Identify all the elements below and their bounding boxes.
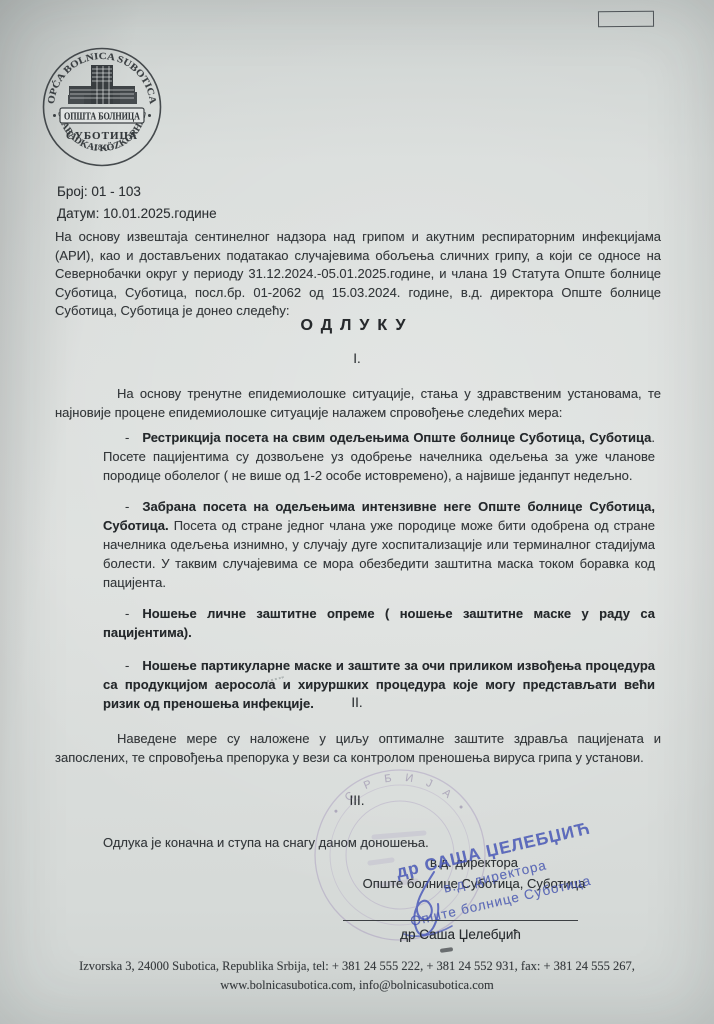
list-item: -Забрана посета на одељењима интензивне … xyxy=(103,497,655,592)
bullet-dash: - xyxy=(125,430,129,445)
signature-role-line2: Опште болнице Суботица, Суботица xyxy=(324,874,624,895)
section-2-paragraph: Наведене мере су наложене у циљу оптимал… xyxy=(55,729,661,767)
logo-banner-text: ОПШТА БОЛНИЦА xyxy=(64,112,141,123)
hospital-logo: OPĆA BOLNICA SUBOTICA SZABADKAI KÖZKÓRHÁ… xyxy=(41,46,163,168)
logo-year-text: ·1841· xyxy=(91,143,112,152)
corner-box xyxy=(598,11,654,27)
bullet-dash: - xyxy=(125,499,129,514)
intro-paragraph: На основу извештаја сентинелног надзора … xyxy=(55,228,661,321)
footer-address-line: Izvorska 3, 24000 Subotica, Republika Sr… xyxy=(0,957,714,976)
logo-city-text: СУБОТИЦА xyxy=(66,130,138,142)
measures-list: -Рестрикција посета на свим одељењима Оп… xyxy=(103,428,655,713)
section-1-label: I. xyxy=(0,351,714,366)
footer-web-line: www.bolnicasubotica.com, info@bolnicasub… xyxy=(0,976,714,995)
bullet-rest-text: Посета од стране једног члана уже породи… xyxy=(103,518,655,590)
list-item: -Ношење личне заштитне опреме ( ношење з… xyxy=(103,604,655,642)
signature-role-line1: в.д. директора xyxy=(324,853,624,874)
scanned-decision-document: OPĆA BOLNICA SUBOTICA SZABADKAI KÖZKÓRHÁ… xyxy=(0,0,714,1024)
bullet-dash: - xyxy=(125,606,129,621)
list-item: -Рестрикција посета на свим одељењима Оп… xyxy=(103,428,655,485)
signature-role-block: в.д. директора Опште болнице Суботица, С… xyxy=(324,853,624,894)
section-2-label: II. xyxy=(0,695,714,710)
section-3-paragraph: Одлука је коначна и ступа на снагу даном… xyxy=(55,833,661,852)
signature-line xyxy=(343,920,578,921)
section-1-intro: На основу тренутне епидемиолошке ситуаци… xyxy=(55,384,661,422)
hospital-building-illustration xyxy=(68,65,137,104)
document-number: Број: 01 - 103 xyxy=(57,181,217,203)
footer-contact: Izvorska 3, 24000 Subotica, Republika Sr… xyxy=(0,957,714,995)
bullet-lead-text: Ношење личне заштитне опреме ( ношење за… xyxy=(103,606,655,640)
document-meta: Број: 01 - 103 Датум: 10.01.2025.године xyxy=(57,181,217,224)
signature-name: др Саша Џелебџић xyxy=(343,927,578,942)
section-3-label: III. xyxy=(0,793,714,808)
decision-title: ОДЛУКУ xyxy=(0,317,714,335)
document-date: Датум: 10.01.2025.године xyxy=(57,203,217,225)
logo-left-dot xyxy=(53,114,56,117)
bullet-lead-text: Рестрикција посета на свим одељењима Опш… xyxy=(142,430,651,445)
logo-right-dot xyxy=(148,114,151,117)
bullet-dash: - xyxy=(125,658,129,673)
ink-mark xyxy=(440,947,453,953)
